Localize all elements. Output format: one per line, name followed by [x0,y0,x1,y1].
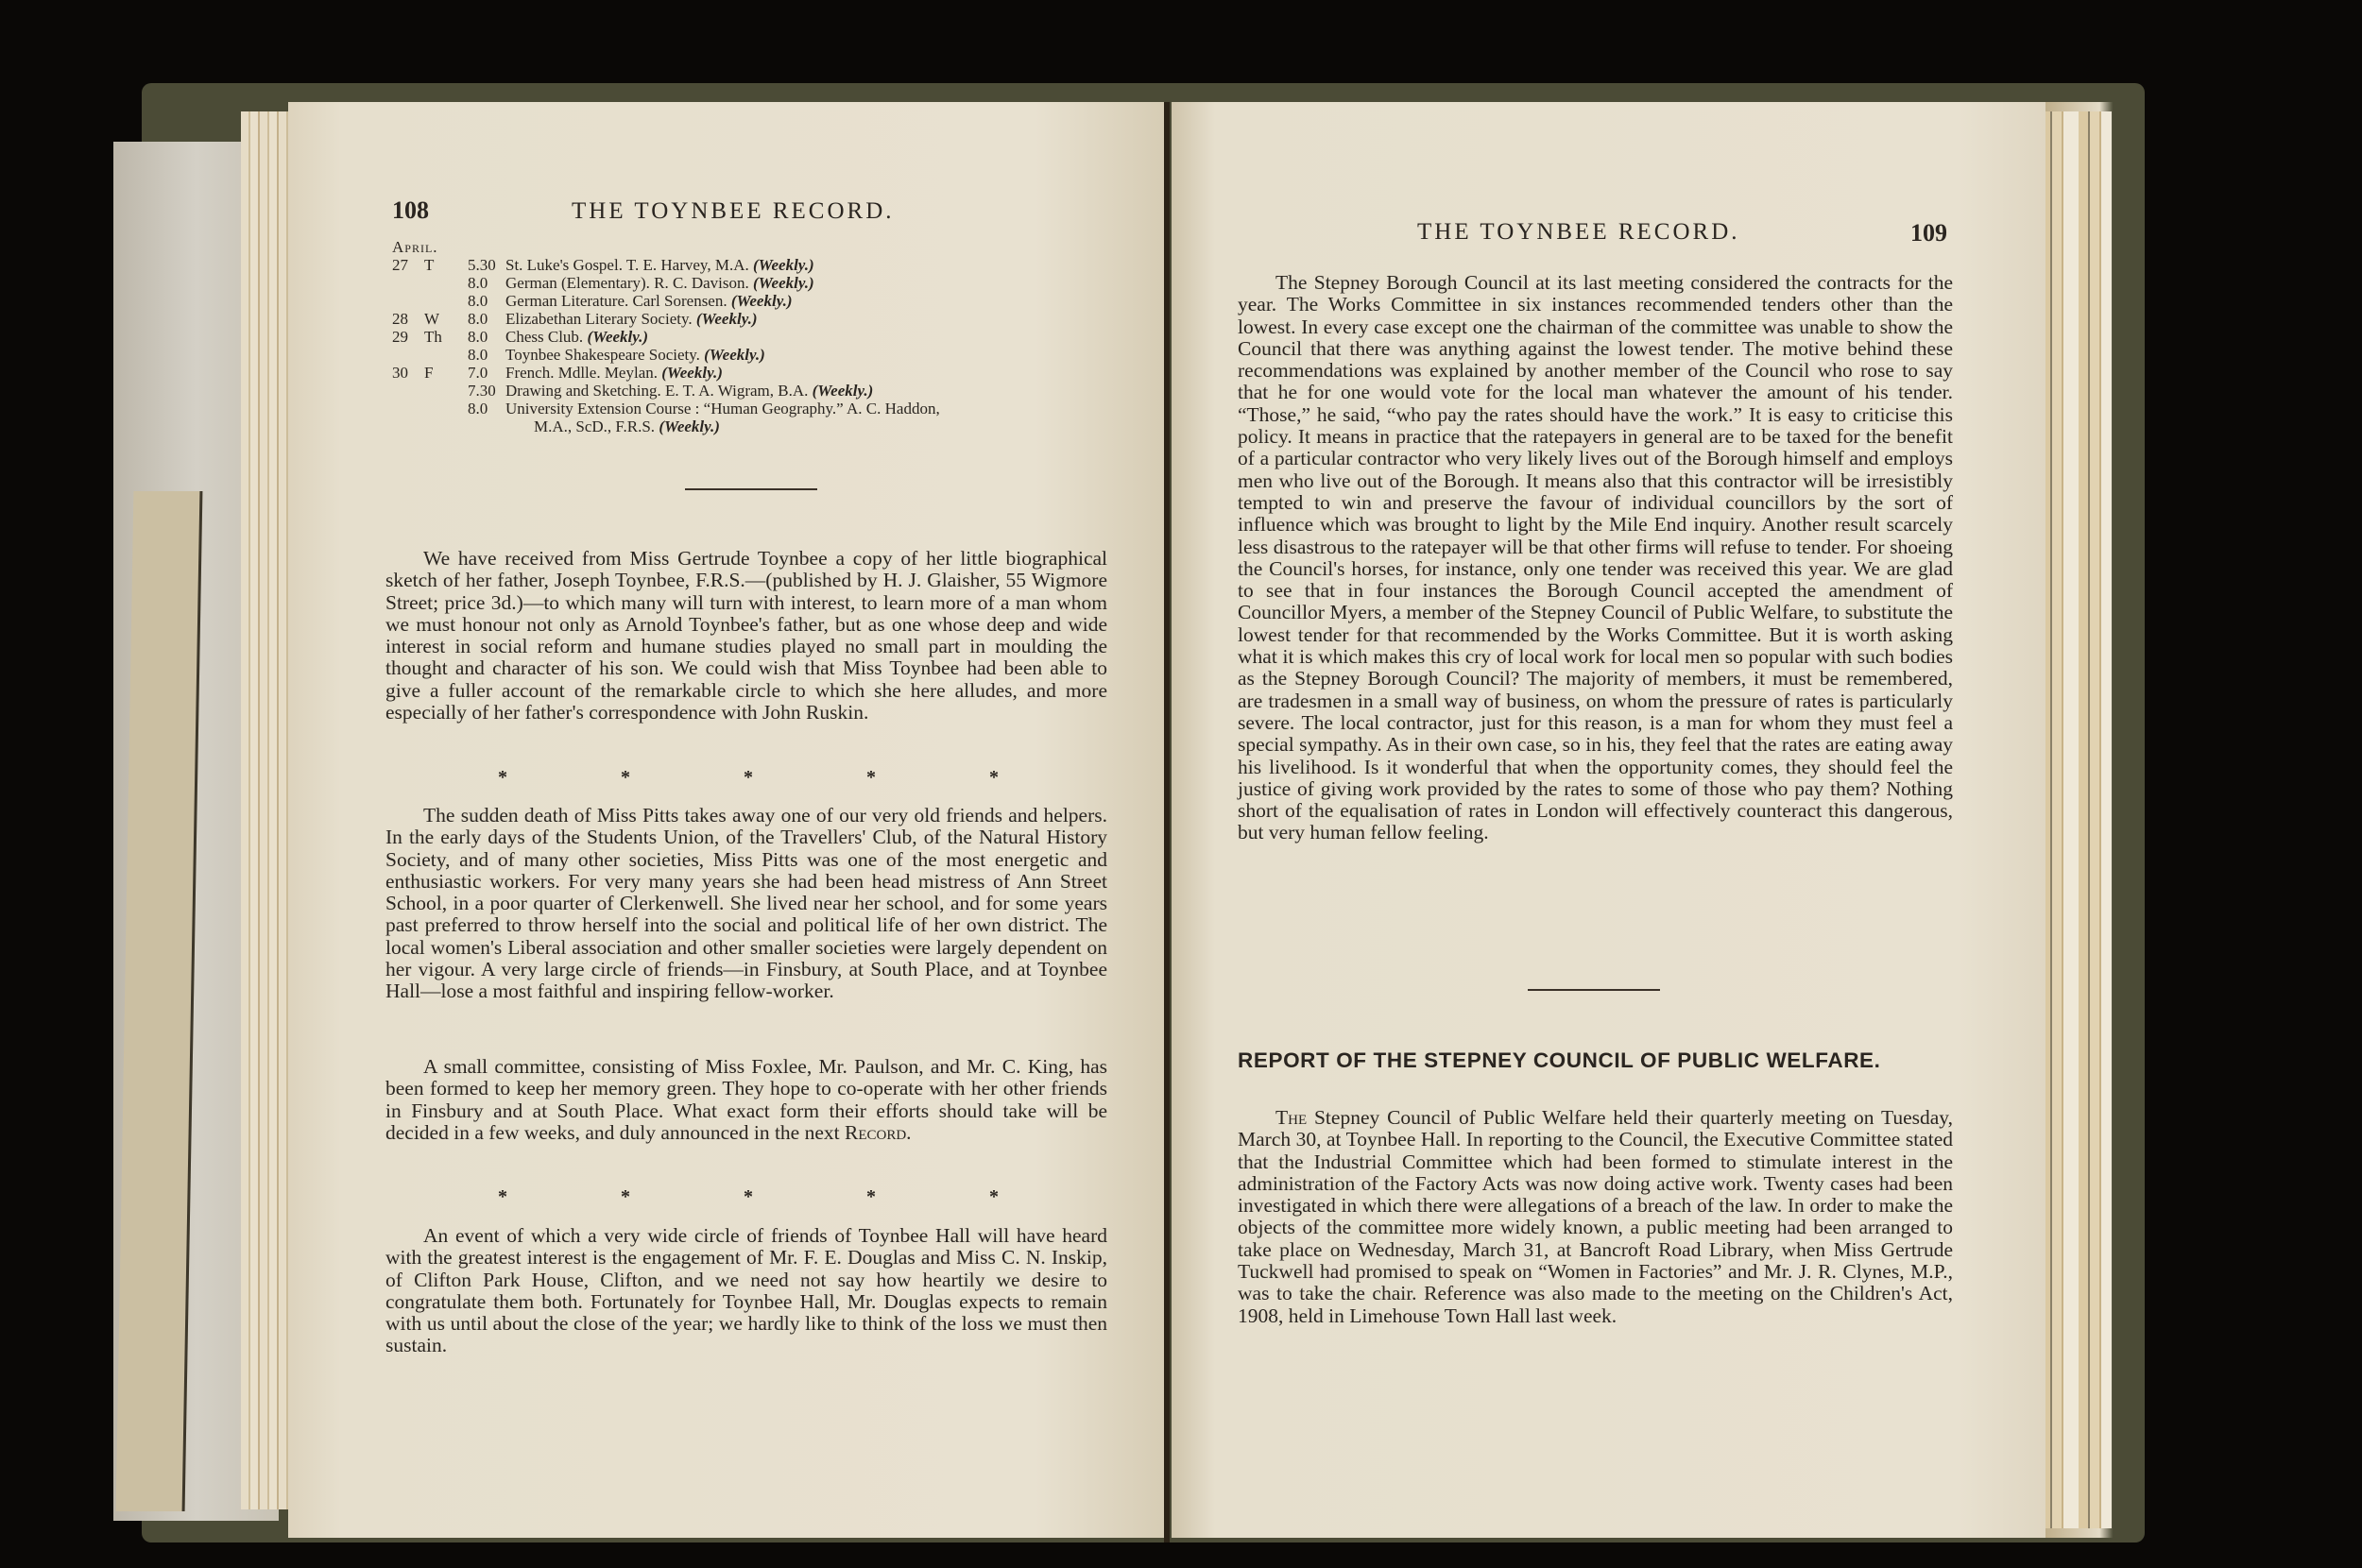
asterisk: * [498,767,507,789]
entry-day [392,400,424,418]
calendar-entry-continuation: M.A., ScD., F.R.S. (Weekly.) [392,418,1129,435]
entry-frequency: (Weekly.) [696,310,758,328]
paragraph-text: A small committee, consisting of Miss Fo… [385,1055,1107,1144]
paragraph-stepney-borough: The Stepney Borough Council at its last … [1238,272,1953,844]
entry-day: 30 [392,364,424,382]
paragraph-text: The Stepney Borough Council at its last … [1238,272,1953,844]
calendar-entry: 8.0Toynbee Shakespeare Society. (Weekly.… [392,346,1129,364]
entry-weekday: W [424,310,468,328]
entry-time: 8.0 [468,310,505,328]
paragraph-text: Stepney Council of Public Welfare held t… [1238,1106,1953,1327]
calendar-entry: 8.0University Extension Course : “Human … [392,400,1129,418]
running-head-right: THE TOYNBEE RECORD. [1417,219,1740,246]
calendar-listing: April. 27T5.30St. Luke's Gospel. T. E. H… [392,238,1129,435]
entry-time: 7.30 [468,382,505,400]
section-rule [685,488,817,490]
paragraph-committee: A small committee, consisting of Miss Fo… [385,1056,1107,1144]
entry-weekday [424,382,468,400]
section-rule [1528,989,1660,991]
drop-word: The [1275,1106,1307,1129]
asterisk: * [621,1186,630,1208]
entry-text: French. Mdlle. Meylan. [505,364,658,382]
book-gutter [1164,102,1170,1542]
entry-day [392,382,424,400]
entry-weekday [424,346,468,364]
paragraph-report: The Stepney Council of Public Welfare he… [1238,1107,1953,1327]
entry-text: German Literature. Carl Sorensen. [505,292,727,310]
entry-day [392,274,424,292]
entry-frequency: (Weekly.) [704,346,765,364]
paragraph-miss-pitts: The sudden death of Miss Pitts takes awa… [385,805,1107,1003]
asterisk: * [498,1186,507,1208]
calendar-entry: 30F7.0French. Mdlle. Meylan. (Weekly.) [392,364,1129,382]
entry-time: 8.0 [468,292,505,310]
entry-weekday: F [424,364,468,382]
paragraph-engagement: An event of which a very wide circle of … [385,1225,1107,1357]
calendar-entry: 27T5.30St. Luke's Gospel. T. E. Harvey, … [392,256,1129,274]
asterism-separator: ***** [498,1186,999,1208]
asterisk: * [989,1186,999,1208]
running-head-left: THE TOYNBEE RECORD. [572,198,895,225]
paragraph-text: We have received from Miss Gertrude Toyn… [385,548,1107,724]
entry-weekday [424,274,468,292]
entry-text: University Extension Course : “Human Geo… [505,400,940,418]
page-number-left: 108 [392,196,429,225]
entry-text: Elizabethan Literary Society. [505,310,693,328]
entry-day [392,292,424,310]
entry-frequency: (Weekly.) [731,292,793,310]
entry-day: 27 [392,256,424,274]
asterisk: * [621,767,630,789]
paragraph-text: An event of which a very wide circle of … [385,1225,1107,1357]
record-word: Record. [845,1121,912,1144]
paragraph-text: The sudden death of Miss Pitts takes awa… [385,805,1107,1003]
entry-text: M.A., ScD., F.R.S. [534,418,655,435]
asterisk: * [744,767,753,789]
entry-time: 7.0 [468,364,505,382]
entry-time: 8.0 [468,328,505,346]
entry-time: 8.0 [468,274,505,292]
entry-frequency: (Weekly.) [659,418,720,435]
entry-time: 8.0 [468,400,505,418]
asterisk: * [866,1186,876,1208]
left-page-stack [241,111,293,1509]
calendar-entry: 8.0German Literature. Carl Sorensen. (We… [392,292,1129,310]
entry-frequency: (Weekly.) [813,382,874,400]
entry-day: 28 [392,310,424,328]
entry-text: Chess Club. [505,328,583,346]
asterism-separator: ***** [498,767,999,789]
asterisk: * [989,767,999,789]
paragraph-toynbee-sketch: We have received from Miss Gertrude Toyn… [385,548,1107,724]
entry-frequency: (Weekly.) [753,274,814,292]
asterisk: * [866,767,876,789]
section-heading: REPORT OF THE STEPNEY COUNCIL OF PUBLIC … [1238,1048,1881,1073]
asterisk: * [744,1186,753,1208]
entry-weekday: Th [424,328,468,346]
entry-time: 8.0 [468,346,505,364]
entry-weekday [424,400,468,418]
entry-text: Toynbee Shakespeare Society. [505,346,700,364]
entry-day: 29 [392,328,424,346]
page-number-right: 109 [1910,219,1947,247]
calendar-entry: 29Th8.0Chess Club. (Weekly.) [392,328,1129,346]
entry-frequency: (Weekly.) [587,328,648,346]
entry-weekday: T [424,256,468,274]
calendar-entry: 8.0German (Elementary). R. C. Davison. (… [392,274,1129,292]
calendar-entry: 28W8.0Elizabethan Literary Society. (Wee… [392,310,1129,328]
entry-text: German (Elementary). R. C. Davison. [505,274,749,292]
entry-day [392,346,424,364]
calendar-entry: 7.30Drawing and Sketching. E. T. A. Wigr… [392,382,1129,400]
entry-time: 5.30 [468,256,505,274]
right-page-stack [2041,111,2112,1528]
calendar-month: April. [392,238,1129,256]
entry-frequency: (Weekly.) [661,364,723,382]
entry-text: Drawing and Sketching. E. T. A. Wigram, … [505,382,808,400]
entry-weekday [424,292,468,310]
entry-text: St. Luke's Gospel. T. E. Harvey, M.A. [505,256,749,274]
entry-frequency: (Weekly.) [753,256,814,274]
